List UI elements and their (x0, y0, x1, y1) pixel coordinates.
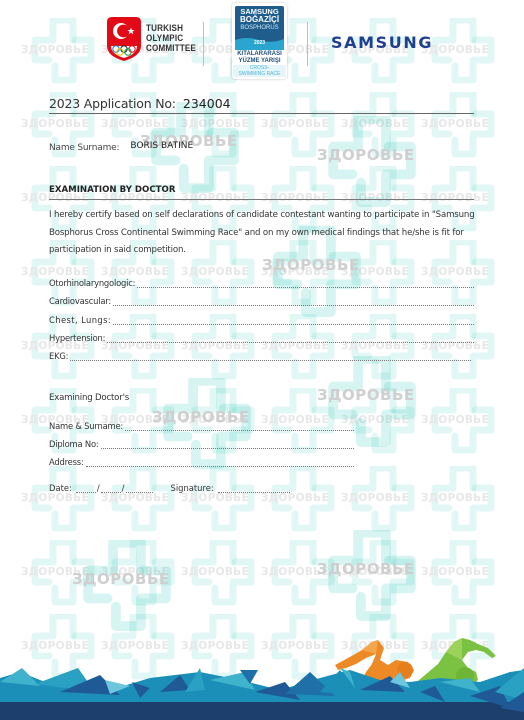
field-input[interactable] (137, 278, 474, 288)
medical-form: 2023 Application No: 234004 Name Surname… (0, 0, 524, 720)
application-number[interactable]: 234004 (183, 96, 231, 111)
field-ekg[interactable]: EKG: (49, 349, 471, 361)
date-day-input[interactable] (76, 483, 96, 493)
applicant-name-value[interactable]: BORIS BATINE (130, 141, 193, 151)
field-diploma-no[interactable]: Diploma No: (49, 437, 354, 449)
field-input[interactable] (107, 333, 474, 343)
application-label: 2023 Application No: (49, 96, 176, 111)
field-label: Chest, Lungs: (49, 315, 111, 325)
field-cardiovascular[interactable]: Cardiovascular: (49, 294, 474, 306)
certification-text: I hereby certify based on self declarati… (49, 207, 479, 260)
field-hypertension[interactable]: Hypertension: (49, 331, 474, 343)
field-address[interactable]: Address: (49, 455, 354, 467)
examining-doctor-heading: Examining Doctor's (49, 393, 129, 403)
application-number-row: 2023 Application No: 234004 (49, 93, 474, 114)
field-input[interactable] (125, 421, 354, 431)
field-label: Otorhinolaryngologic: (49, 278, 135, 288)
field-input[interactable] (113, 315, 474, 325)
field-label: Address: (49, 457, 84, 467)
date-month-input[interactable] (101, 483, 121, 493)
waves-illustration-icon (0, 620, 524, 720)
date-separator: / (97, 483, 100, 493)
field-otorhinolaryngologic[interactable]: Otorhinolaryngologic: (49, 276, 474, 288)
field-doctor-name[interactable]: Name & Surname: (49, 419, 354, 431)
field-label: Diploma No: (49, 439, 99, 449)
field-chest-lungs[interactable]: Chest, Lungs: (49, 313, 474, 325)
signature-input[interactable] (218, 483, 290, 493)
date-year-input[interactable] (126, 483, 153, 493)
date-separator: / (122, 483, 125, 493)
field-label: Hypertension: (49, 333, 105, 343)
signature-label: Signature: (171, 483, 214, 493)
date-signature-row: Date: / / Signature: (49, 483, 290, 493)
applicant-name-row: Name Surname: BORIS BATINE (49, 135, 193, 154)
section-title: EXAMINATION BY DOCTOR (49, 185, 474, 200)
swimmers-waves-illustration (0, 620, 524, 720)
field-input[interactable] (70, 351, 471, 361)
applicant-name-label: Name Surname: (49, 143, 119, 153)
field-input[interactable] (101, 439, 354, 449)
field-label: EKG: (49, 351, 68, 361)
field-label: Name & Surname: (49, 421, 123, 431)
field-label: Cardiovascular: (49, 296, 111, 306)
date-label: Date: (49, 483, 72, 493)
field-input[interactable] (113, 296, 474, 306)
field-input[interactable] (86, 457, 354, 467)
